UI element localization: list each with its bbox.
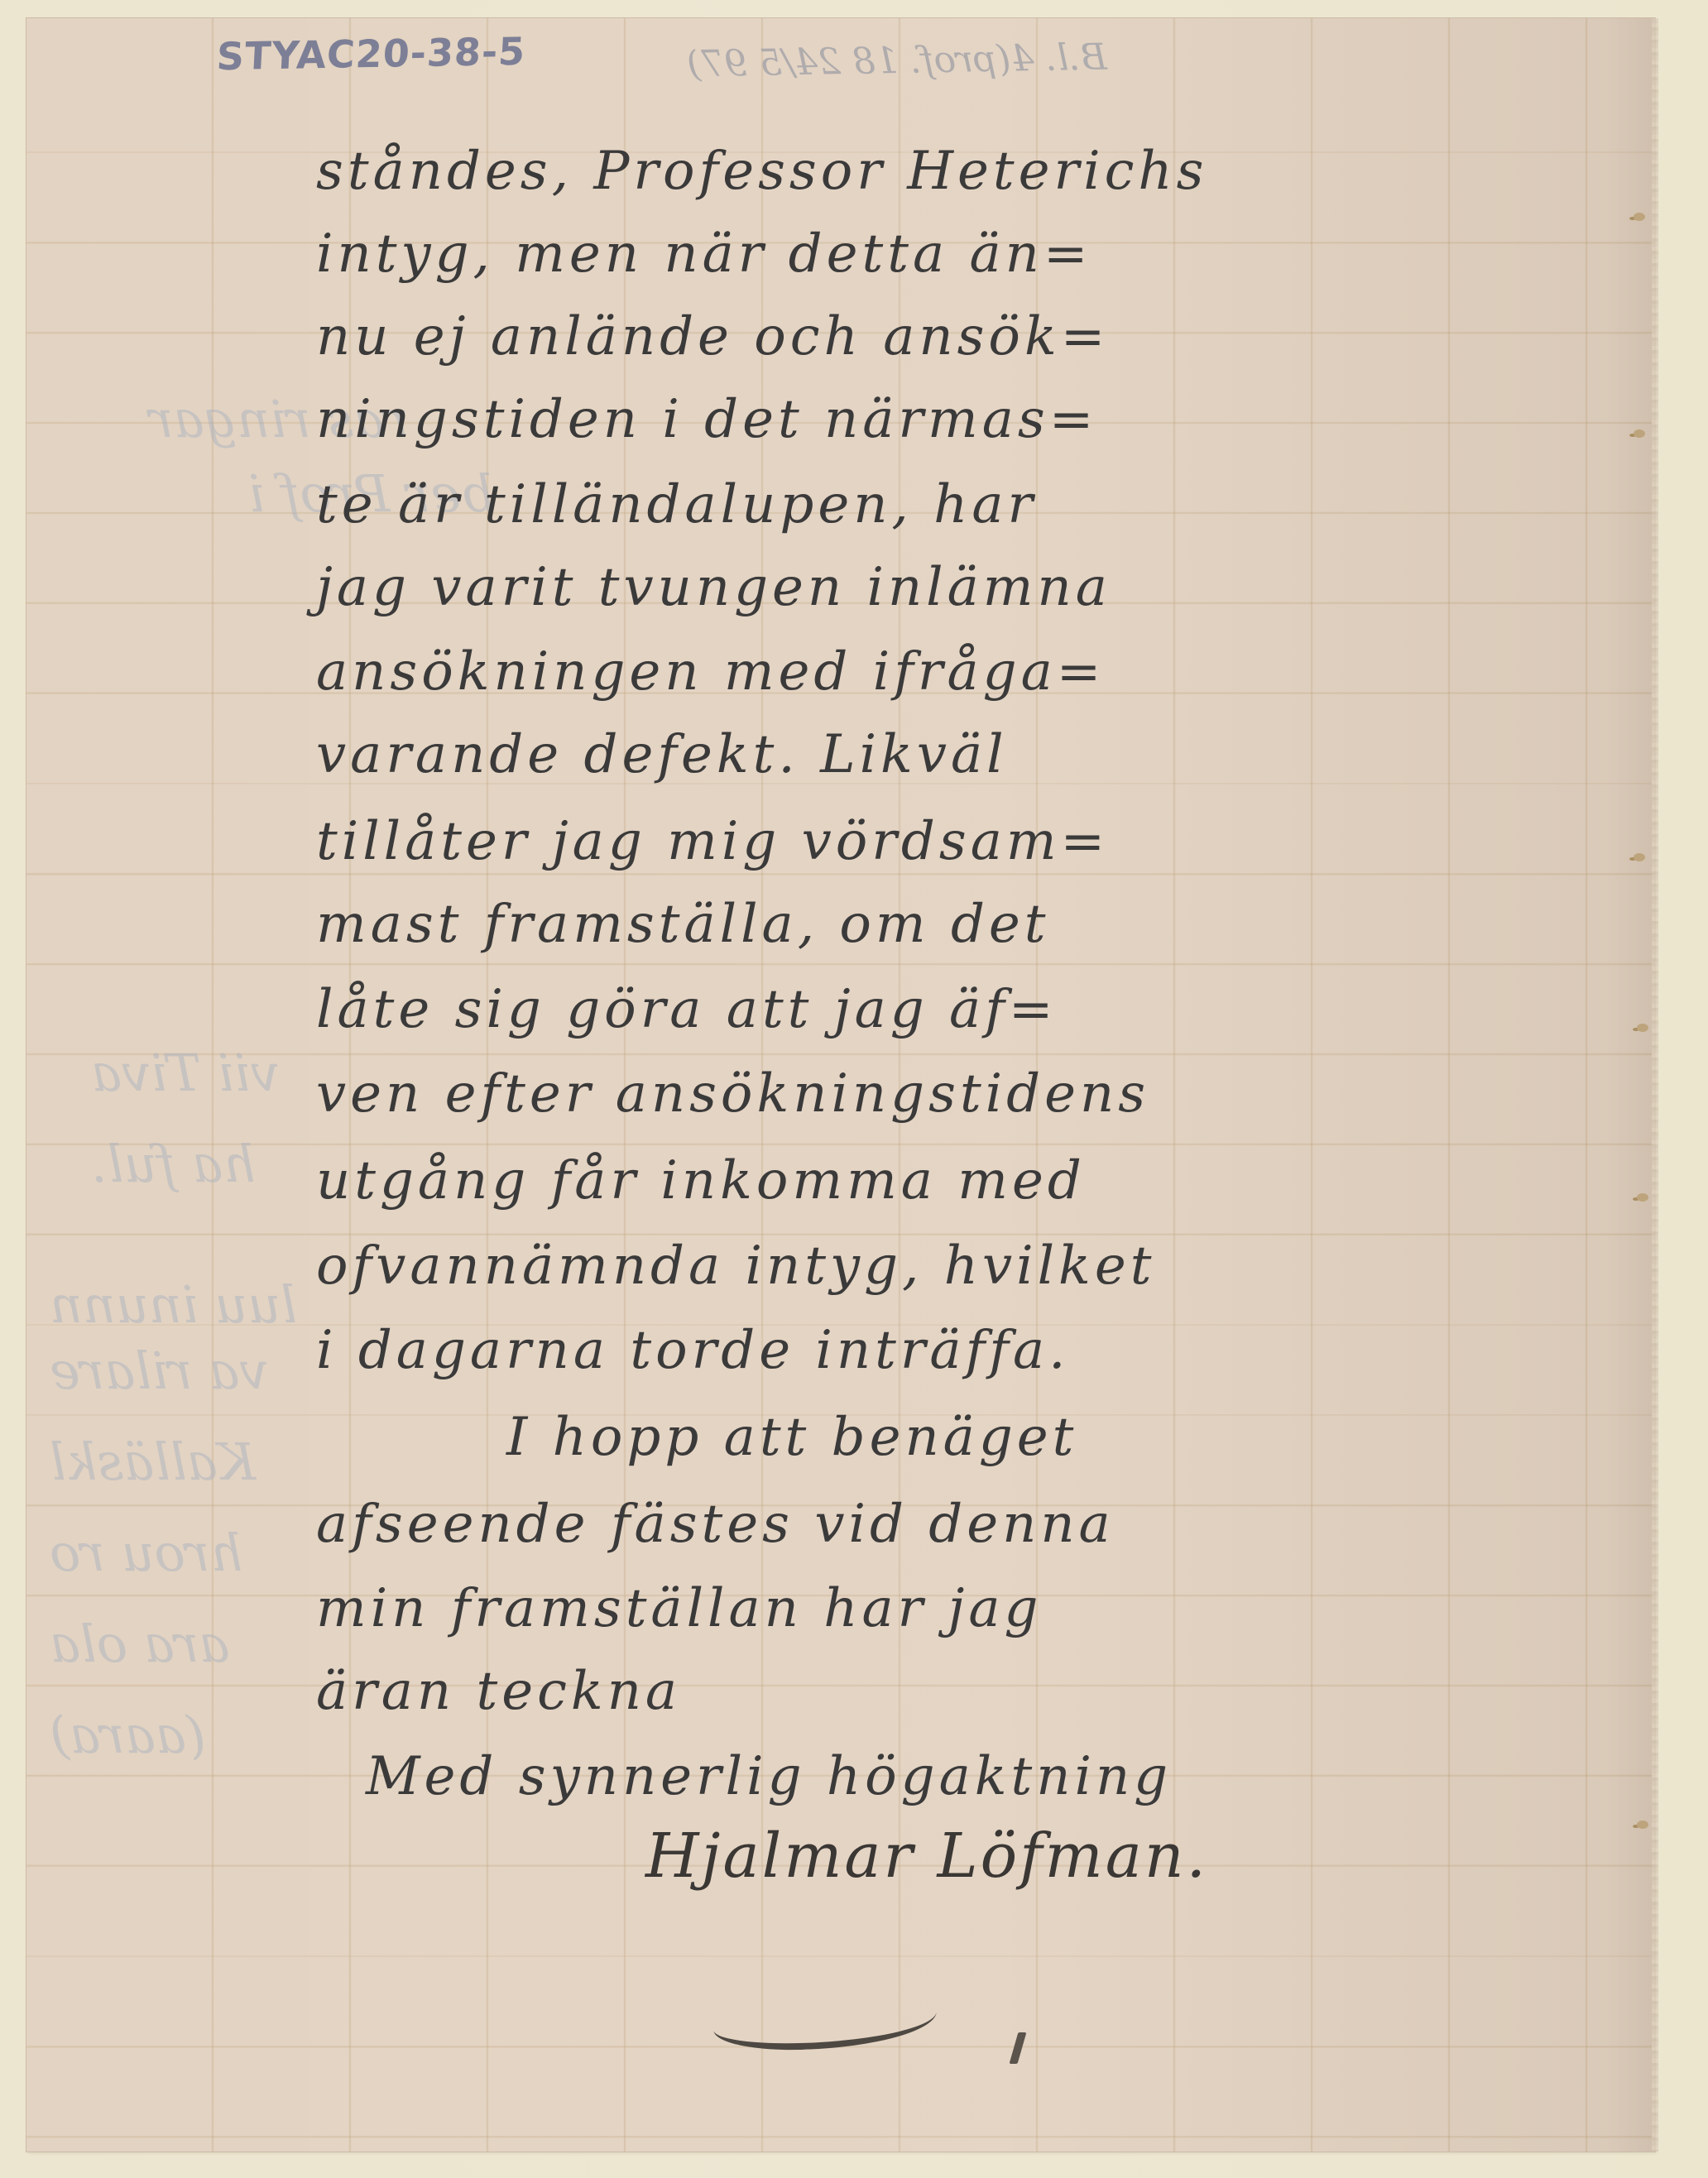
letter-line: ven efter ansökningstidens: [316, 1067, 1149, 1120]
letter-line: ofvannämnda intyg, hvilket: [316, 1240, 1155, 1293]
letter-line: utgång får inkomma med: [316, 1154, 1086, 1207]
pin-hole: [1637, 1193, 1648, 1202]
signature: Hjalmar Löfman.: [645, 1821, 1208, 1892]
pin-hole: [1634, 853, 1645, 861]
bleed-through-text: Kalläskl: [50, 1432, 256, 1492]
letter-line: äran teckna: [316, 1665, 681, 1718]
letter-closing: Med synnerlig högaktning: [366, 1750, 1172, 1803]
letter-line: intyg, men när detta än=: [316, 228, 1091, 281]
letter-line: jag varit tvungen inlämna: [316, 561, 1111, 614]
letter-line: I hopp att benäget: [506, 1411, 1077, 1464]
letter-line: i dagarna torde inträffa.: [316, 1324, 1069, 1377]
bleed-through-text: hrou ro: [50, 1523, 243, 1583]
pencil-annotation: B.l. 4(prof. 18 24/5 97): [687, 36, 1108, 86]
letter-line: låte sig göra att jag äf=: [316, 983, 1058, 1036]
archive-id-label: STYAC20-38-5: [215, 29, 526, 79]
letter-line: afseende fästes vid denna: [316, 1498, 1115, 1551]
letter-line: tillåter jag mig vördsam=: [316, 815, 1109, 868]
bleed-through-text: va rilare: [50, 1341, 268, 1401]
bleed-through-text: luu inunn: [50, 1274, 297, 1335]
pin-hole: [1634, 429, 1645, 438]
bleed-through-text: ara ola: [50, 1614, 229, 1674]
bleed-through-text: ha ful.: [91, 1134, 256, 1194]
letter-line: ansökningen med ifråga=: [316, 645, 1105, 698]
letter-line: min framställan har jag: [316, 1582, 1043, 1635]
pin-hole: [1634, 213, 1645, 221]
letter-line: mast framställa, om det: [316, 898, 1050, 951]
letter-line: te är tilländalupen, har: [316, 478, 1037, 531]
bleed-through-text: vii Tiva: [91, 1043, 280, 1103]
bleed-through-text: (aara): [50, 1705, 206, 1765]
letter-line: varande defekt. Likväl: [316, 728, 1008, 781]
pin-hole: [1637, 1821, 1648, 1829]
pin-hole: [1637, 1024, 1648, 1032]
letter-line: ningstiden i det närmas=: [316, 393, 1097, 446]
letter-line: nu ej anlände och ansök=: [316, 310, 1109, 363]
letter-line: ståndes, Professor Heterichs: [316, 145, 1207, 198]
